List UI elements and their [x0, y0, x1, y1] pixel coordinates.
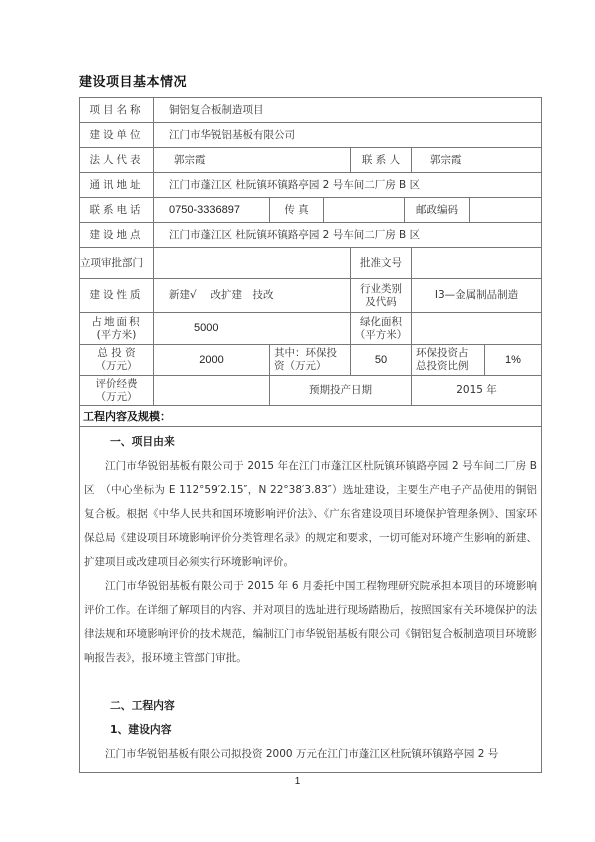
label-unit: 建设单位 [80, 123, 153, 147]
value-ratio: 1% [484, 345, 541, 375]
value-approval-dept [153, 248, 350, 278]
value-green [411, 313, 541, 344]
label-industry-line2: 及代码 [365, 296, 397, 309]
value-nature: 新建√ 改扩建 技改 [153, 279, 350, 312]
paragraph-origin-1: 江门市华锐铝基板有限公司于 2015 年在江门市蓬江区杜阮镇环镇路亭园 2 号车… [84, 454, 537, 574]
label-invest-line1: 总 投 资 [97, 347, 135, 360]
label-site: 建设地点 [80, 223, 153, 247]
row-area: 占地面积 (平方米) 5000 绿化面积 （平方米） [79, 312, 542, 344]
label-industry: 行业类别 及代码 [350, 279, 411, 312]
label-fee-line2: （万元） [96, 391, 138, 404]
value-site: 江门市蓬江区 杜阮镇环镇路亭园 2 号车间二厂房 B 区 [153, 223, 541, 247]
subsection-build-content-title: 1、建设内容 [84, 718, 537, 742]
label-green: 绿化面积 （平方米） [350, 313, 411, 344]
label-area-line2: (平方米) [97, 329, 137, 342]
label-invest: 总 投 资 （万元） [80, 345, 153, 375]
label-fee: 评价经费 （万元） [80, 376, 153, 405]
value-phone: 0750-3336897 [153, 198, 269, 222]
value-legal-rep: 郭宗霞 [153, 148, 350, 172]
value-env-invest: 50 [350, 345, 411, 375]
label-env-invest: 其中：环保投 资（万元） [269, 345, 350, 375]
section-body: 一、项目由来 江门市华锐铝基板有限公司于 2015 年在江门市蓬江区杜阮镇环镇路… [80, 427, 541, 772]
page-number: 1 [0, 776, 595, 787]
subsection-content-title: 二、工程内容 [84, 694, 537, 718]
label-phone: 联系电话 [80, 198, 153, 222]
value-fee [153, 376, 269, 405]
label-industry-line1: 行业类别 [360, 283, 402, 296]
label-approval-no: 批准文号 [350, 248, 411, 278]
label-ratio-line1: 环保投资占 [416, 347, 469, 360]
label-area: 占地面积 (平方米) [80, 313, 153, 344]
label-fax: 传 真 [269, 198, 323, 222]
label-ratio: 环保投资占 总投资比例 [411, 345, 484, 375]
row-nature: 建设性质 新建√ 改扩建 技改 行业类别 及代码 I3—金属制品制造 [79, 278, 542, 312]
label-approval-dept: 立项审批部门 [80, 248, 153, 278]
value-invest: 2000 [153, 345, 269, 375]
label-production-date: 预期投产日期 [269, 376, 411, 405]
label-ratio-line2: 总投资比例 [416, 360, 469, 373]
value-contact: 郭宗霞 [411, 148, 541, 172]
label-postcode: 邮政编码 [404, 198, 469, 222]
row-phone: 联系电话 0750-3336897 传 真 邮政编码 [79, 197, 542, 222]
paragraph-build-content: 江门市华锐铝基板有限公司拟投资 2000 万元在江门市蓬江区杜阮镇环镇路亭园 2… [84, 742, 537, 766]
subsection-origin-title: 一、项目由来 [84, 430, 537, 454]
project-content-section: 工程内容及规模： 一、项目由来 江门市华锐铝基板有限公司于 2015 年在江门市… [79, 405, 542, 773]
value-approval-no [411, 248, 541, 278]
label-invest-line2: （万元） [96, 360, 138, 373]
label-env-invest-line2: 资（万元） [274, 360, 327, 373]
row-fee: 评价经费 （万元） 预期投产日期 2015 年 [79, 375, 542, 405]
row-investment: 总 投 资 （万元） 2000 其中：环保投 资（万元） 50 环保投资占 总投… [79, 344, 542, 375]
label-legal-rep: 法人代表 [80, 148, 153, 172]
section-heading: 工程内容及规模： [80, 406, 541, 427]
value-unit: 江门市华锐铝基板有限公司 [153, 123, 541, 147]
value-postcode [469, 198, 541, 222]
row-project-name: 项目名称 铜铝复合板制造项目 [79, 97, 542, 122]
project-info-table: 项目名称 铜铝复合板制造项目 建设单位 江门市华锐铝基板有限公司 法人代表 郭宗… [79, 97, 542, 773]
row-approval: 立项审批部门 批准文号 [79, 247, 542, 278]
label-nature: 建设性质 [80, 279, 153, 312]
label-green-line2: （平方米） [355, 329, 408, 342]
value-address: 江门市蓬江区 杜阮镇环镇路亭园 2 号车间二厂房 B 区 [153, 173, 541, 197]
row-legal-rep: 法人代表 郭宗霞 联 系 人 郭宗霞 [79, 147, 542, 172]
label-env-invest-line1: 其中：环保投 [274, 347, 337, 360]
row-unit: 建设单位 江门市华锐铝基板有限公司 [79, 122, 542, 147]
row-address: 通讯地址 江门市蓬江区 杜阮镇环镇路亭园 2 号车间二厂房 B 区 [79, 172, 542, 197]
label-project-name: 项目名称 [80, 98, 153, 122]
value-area: 5000 [153, 313, 350, 344]
value-industry: I3—金属制品制造 [411, 279, 541, 312]
paragraph-origin-2: 江门市华锐铝基板有限公司于 2015 年 6 月委托中国工程物理研究院承担本项目… [84, 574, 537, 670]
value-project-name: 铜铝复合板制造项目 [153, 98, 541, 122]
value-production-date: 2015 年 [411, 376, 541, 405]
label-fee-line1: 评价经费 [96, 378, 138, 391]
label-contact: 联 系 人 [350, 148, 411, 172]
row-site: 建设地点 江门市蓬江区 杜阮镇环镇路亭园 2 号车间二厂房 B 区 [79, 222, 542, 247]
label-address: 通讯地址 [80, 173, 153, 197]
value-fax [323, 198, 404, 222]
document-title: 建设项目基本情况 [79, 71, 187, 90]
label-area-line1: 占地面积 [92, 316, 142, 329]
spacer [84, 670, 537, 694]
label-green-line1: 绿化面积 [360, 316, 402, 329]
